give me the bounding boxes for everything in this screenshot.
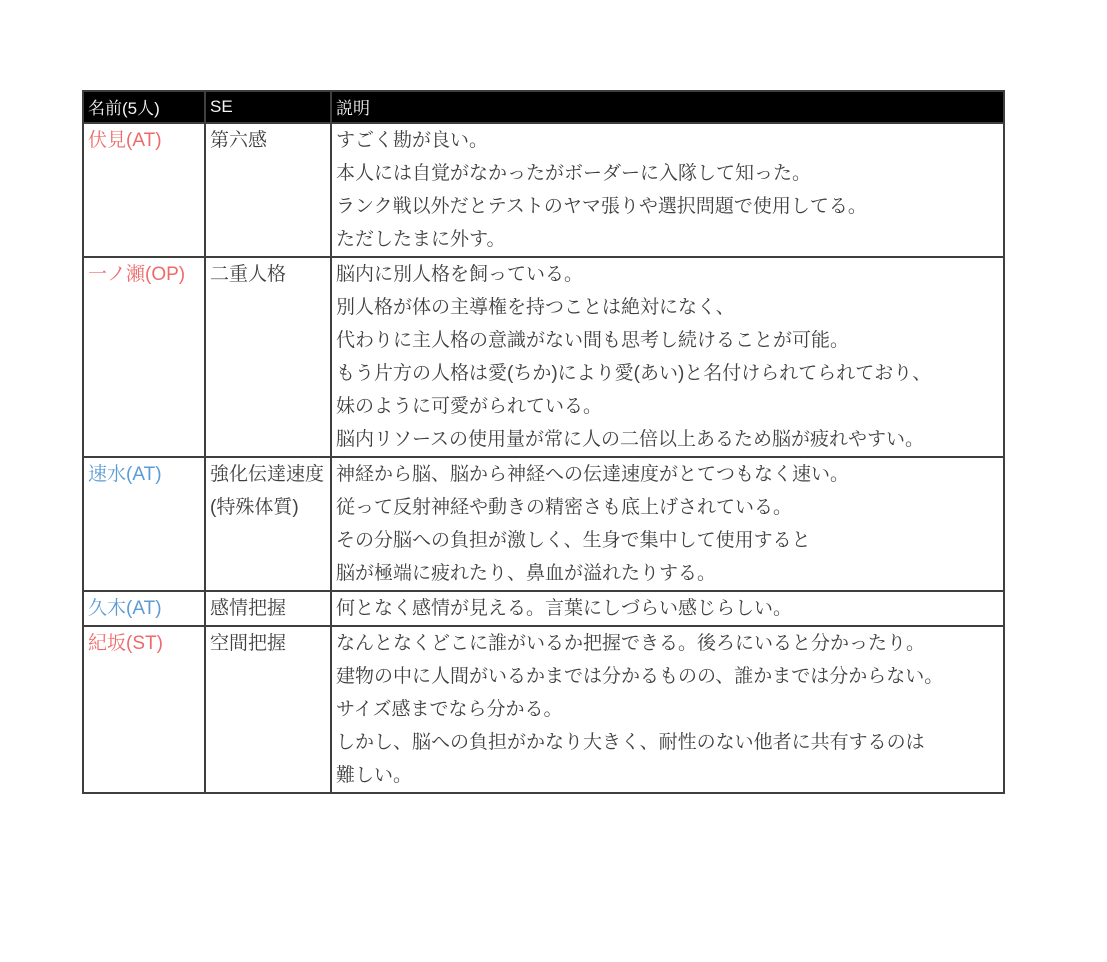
column-header-se: SE: [205, 91, 331, 123]
se-description-line: 脳内に別人格を飼っている。: [336, 258, 999, 291]
se-description: 何となく感情が見える。言葉にしづらい感じらしい。: [331, 591, 1004, 626]
se-ability: 二重人格: [205, 257, 331, 457]
column-header-name: 名前(5人): [83, 91, 205, 123]
se-description-line: 妹のように可愛がられている。: [336, 390, 999, 423]
se-description-line: サイズ感までなら分かる。: [336, 693, 999, 726]
se-description: 神経から脳、脳から神経への伝達速度がとてつもなく速い。従って反射神経や動きの精密…: [331, 457, 1004, 591]
se-description: すごく勘が良い。本人には自覚がなかったがボーダーに入隊して知った。ランク戦以外だ…: [331, 123, 1004, 257]
se-description: 脳内に別人格を飼っている。別人格が体の主導権を持つことは絶対になく、代わりに主人…: [331, 257, 1004, 457]
character-name: 紀坂(ST): [83, 626, 205, 793]
table-row: 一ノ瀬(OP)二重人格脳内に別人格を飼っている。別人格が体の主導権を持つことは絶…: [83, 257, 1004, 457]
document-page: 名前(5人)SE説明 伏見(AT)第六感すごく勘が良い。本人には自覚がなかったが…: [82, 90, 1005, 794]
se-ability-line: 空間把握: [210, 627, 326, 660]
se-description-line: 建物の中に人間がいるかまでは分かるものの、誰かまでは分からない。: [336, 660, 999, 693]
se-description-line: もう片方の人格は愛(ちか)により愛(あい)と名付けられてられており、: [336, 357, 999, 390]
se-description-line: ただしたまに外す。: [336, 223, 999, 256]
table-row: 伏見(AT)第六感すごく勘が良い。本人には自覚がなかったがボーダーに入隊して知っ…: [83, 123, 1004, 257]
character-name: 伏見(AT): [83, 123, 205, 257]
se-description-line: ランク戦以外だとテストのヤマ張りや選択問題で使用してる。: [336, 190, 999, 223]
table-row: 久木(AT)感情把握何となく感情が見える。言葉にしづらい感じらしい。: [83, 591, 1004, 626]
se-ability-line: 二重人格: [210, 258, 326, 291]
table-header-row: 名前(5人)SE説明: [83, 91, 1004, 123]
se-description-line: 本人には自覚がなかったがボーダーに入隊して知った。: [336, 157, 999, 190]
se-ability-line: (特殊体質): [210, 491, 326, 524]
se-description-line: しかし、脳への負担がかなり大きく、耐性のない他者に共有するのは: [336, 726, 999, 759]
se-ability: 感情把握: [205, 591, 331, 626]
se-description-line: 脳内リソースの使用量が常に人の二倍以上あるため脳が疲れやすい。: [336, 423, 999, 456]
se-description-line: 何となく感情が見える。言葉にしづらい感じらしい。: [336, 592, 999, 625]
se-description-line: 代わりに主人格の意識がない間も思考し続けることが可能。: [336, 324, 999, 357]
table-row: 速水(AT)強化伝達速度(特殊体質)神経から脳、脳から神経への伝達速度がとてつも…: [83, 457, 1004, 591]
column-header-description: 説明: [331, 91, 1004, 123]
se-description-line: 別人格が体の主導権を持つことは絶対になく、: [336, 291, 999, 324]
se-description-line: なんとなくどこに誰がいるか把握できる。後ろにいると分かったり。: [336, 627, 999, 660]
se-ability: 第六感: [205, 123, 331, 257]
se-ability-line: 第六感: [210, 124, 326, 157]
se-ability-line: 強化伝達速度: [210, 458, 326, 491]
se-description-line: 従って反射神経や動きの精密さも底上げされている。: [336, 491, 999, 524]
se-ability-line: 感情把握: [210, 592, 326, 625]
se-ability: 強化伝達速度(特殊体質): [205, 457, 331, 591]
se-description: なんとなくどこに誰がいるか把握できる。後ろにいると分かったり。建物の中に人間がい…: [331, 626, 1004, 793]
character-se-table: 名前(5人)SE説明 伏見(AT)第六感すごく勘が良い。本人には自覚がなかったが…: [82, 90, 1005, 794]
se-ability: 空間把握: [205, 626, 331, 793]
se-description-line: 脳が極端に疲れたり、鼻血が溢れたりする。: [336, 557, 999, 590]
character-name: 一ノ瀬(OP): [83, 257, 205, 457]
se-description-line: 難しい。: [336, 759, 999, 792]
se-description-line: その分脳への負担が激しく、生身で集中して使用すると: [336, 524, 999, 557]
table-row: 紀坂(ST)空間把握なんとなくどこに誰がいるか把握できる。後ろにいると分かったり…: [83, 626, 1004, 793]
character-name: 久木(AT): [83, 591, 205, 626]
se-description-line: すごく勘が良い。: [336, 124, 999, 157]
character-name: 速水(AT): [83, 457, 205, 591]
se-description-line: 神経から脳、脳から神経への伝達速度がとてつもなく速い。: [336, 458, 999, 491]
